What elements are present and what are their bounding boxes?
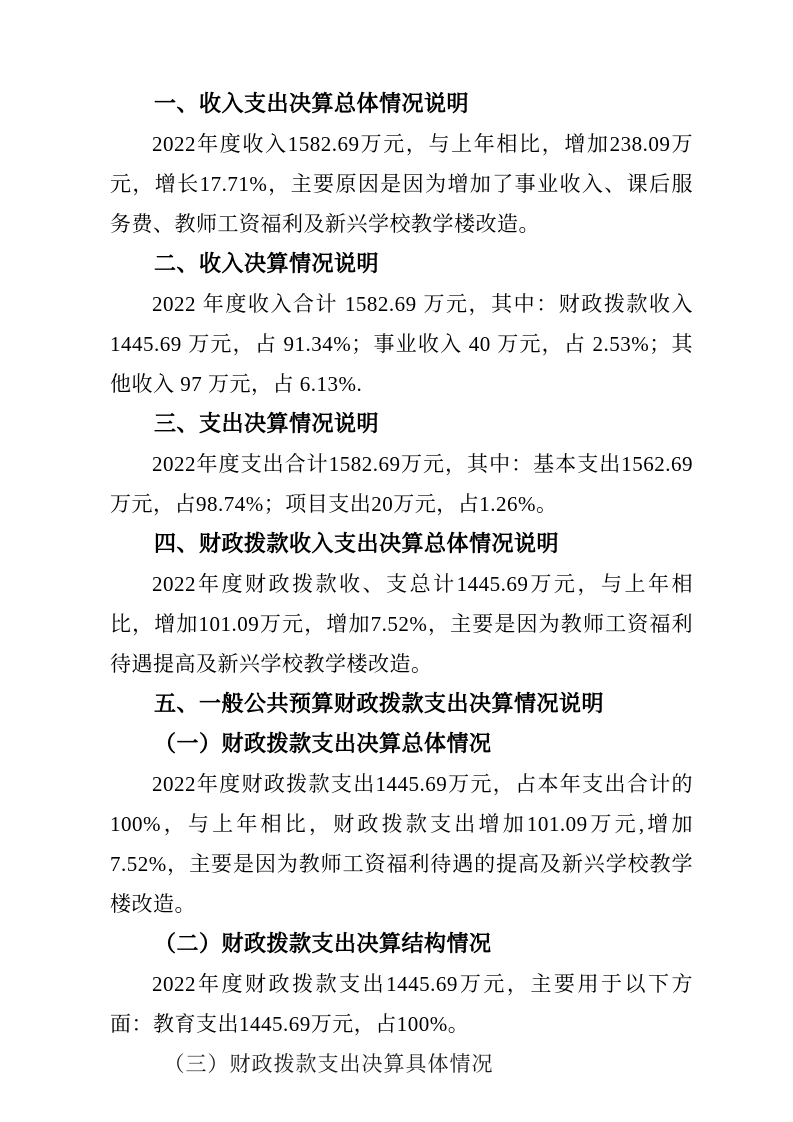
section-subheading: （二）财政拨款支出决算结构情况: [110, 924, 693, 964]
document-page: 一、收入支出决算总体情况说明2022年度收入1582.69万元，与上年相比，增加…: [0, 0, 793, 1122]
section-subheading: （一）财政拨款支出决算总体情况: [110, 724, 693, 764]
body-paragraph: 2022年度财政拨款支出1445.69万元，占本年支出合计的100%，与上年相比…: [110, 764, 693, 924]
body-paragraph: 2022 年度收入合计 1582.69 万元，其中：财政拨款收入 1445.69…: [110, 284, 693, 404]
section-heading: 四、财政拨款收入支出决算总体情况说明: [110, 524, 693, 564]
document-content: 一、收入支出决算总体情况说明2022年度收入1582.69万元，与上年相比，增加…: [110, 84, 693, 1084]
body-paragraph: 2022年度财政拨款收、支总计1445.69万元，与上年相比，增加101.09万…: [110, 564, 693, 684]
body-paragraph: 2022年度收入1582.69万元，与上年相比，增加238.09万元，增长17.…: [110, 124, 693, 244]
body-paragraph: 2022年度财政拨款支出1445.69万元，主要用于以下方面：教育支出1445.…: [110, 964, 693, 1044]
body-paragraph: 2022年度支出合计1582.69万元，其中：基本支出1562.69万元，占98…: [110, 444, 693, 524]
section-heading: 一、收入支出决算总体情况说明: [110, 84, 693, 124]
section-subheading: （三）财政拨款支出决算具体情况: [110, 1044, 693, 1084]
section-heading: 二、收入决算情况说明: [110, 244, 693, 284]
section-heading: 三、支出决算情况说明: [110, 404, 693, 444]
section-heading: 五、一般公共预算财政拨款支出决算情况说明: [110, 684, 693, 724]
